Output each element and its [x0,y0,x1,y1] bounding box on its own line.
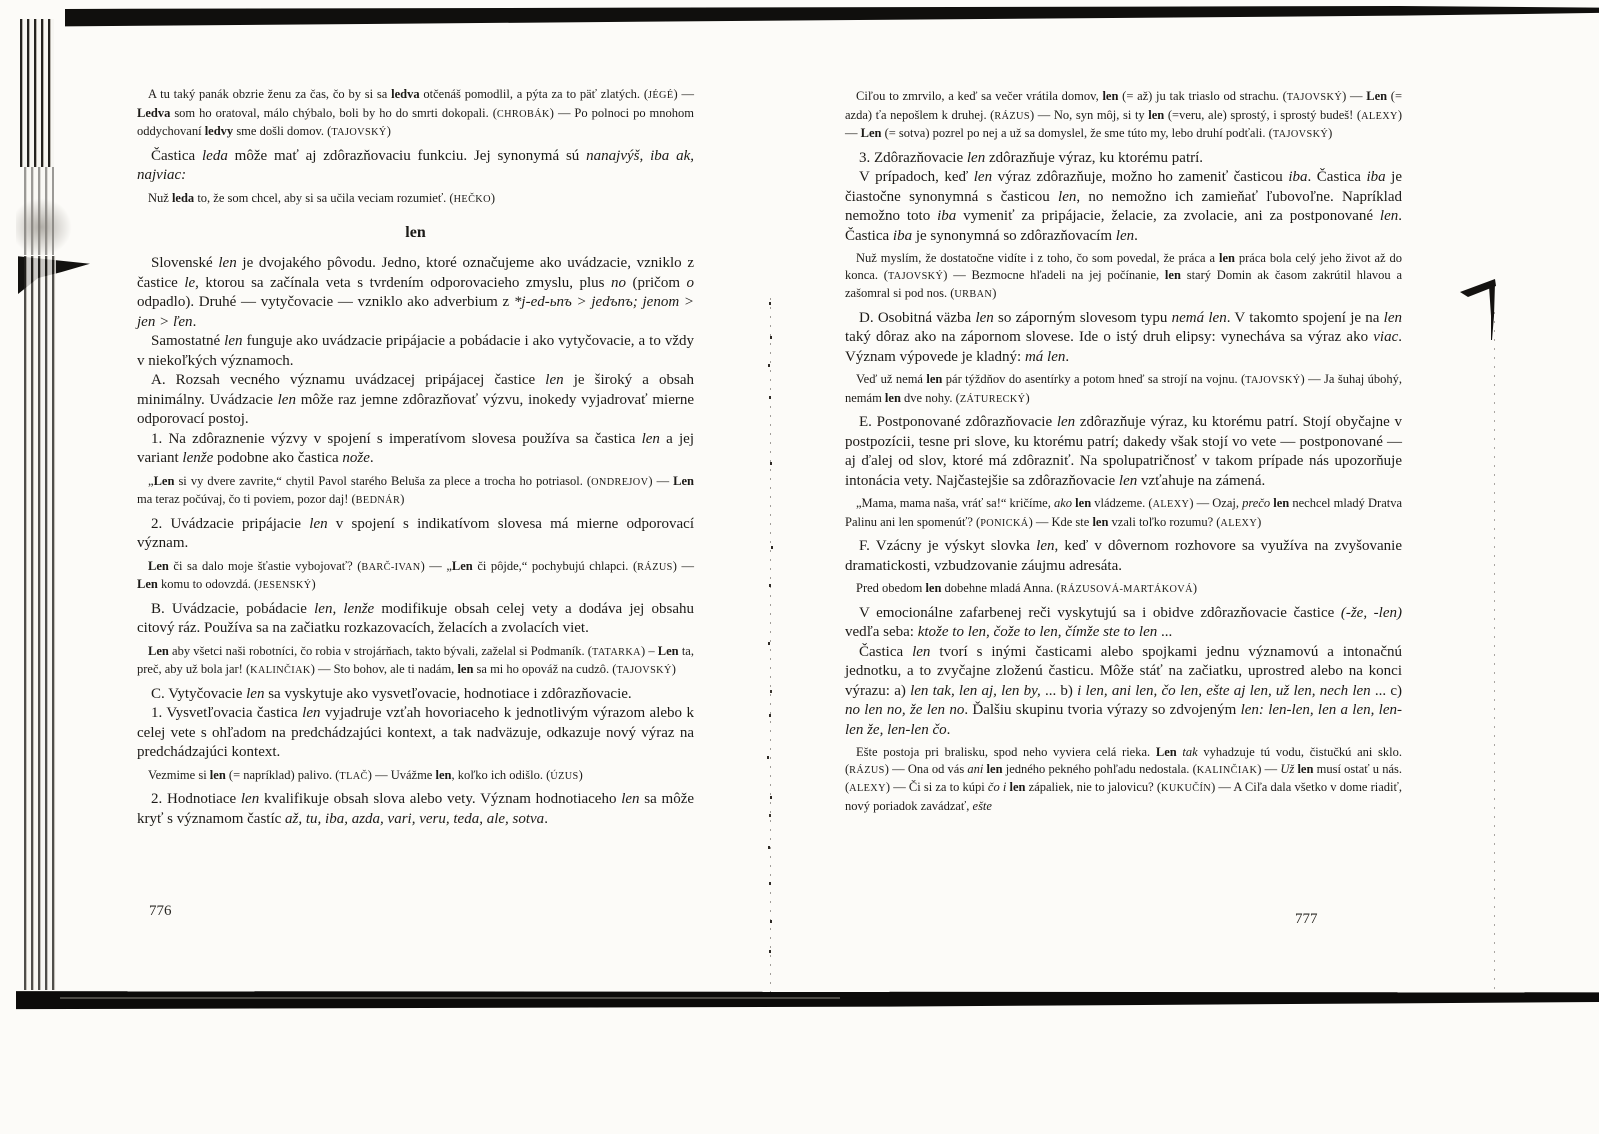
text-paragraph: C. Vytyčovacie len sa vyskytuje ako vysv… [137,685,694,705]
text-example: „Len si vy dvere zavrite,“ chytil Pavol … [137,473,694,510]
text-example: Pred obedom len dobehne mladá Anna. (RÁZ… [845,580,1402,599]
book-edge-smudge [16,198,72,256]
text-paragraph: V emocionálne zafarbenej reči vyskytujú … [845,604,1402,643]
text-paragraph: Slovenské len je dvojakého pôvodu. Jedno… [137,254,694,332]
text-paragraph: 1. Na zdôraznenie výzvy v spojení s impe… [137,430,694,469]
entry-headword: len [137,223,694,243]
scan-bottom-scratch [60,997,840,999]
text-paragraph: 2. Hodnotiace len kvalifikuje obsah slov… [137,790,694,829]
right-margin-crease [1494,312,1495,990]
scan-top-band [65,6,1599,27]
text-paragraph: 1. Vysvetľovacia častica len vyjadruje v… [137,704,694,763]
text-paragraph: B. Uvádzacie, pobádacie len, lenže modif… [137,600,694,639]
book-scan: { "colors": { "ink": "#151310", "paper":… [0,0,1599,1134]
text-example: Nuž myslím, že dostatočne vidíte i z toh… [845,250,1402,304]
right-page-number: 777 [1295,911,1318,928]
text-example: Ciľou to zmrvilo, a keď sa večer vrátila… [845,88,1402,144]
scan-bottom-band [16,989,1599,1010]
text-example: Veď už nemá len pár týždňov do asentírky… [845,371,1402,408]
text-paragraph: Samostatné len funguje ako uvádzacie pri… [137,332,694,371]
left-page: A tu taký panák obzrie ženu za čas, čo b… [137,82,694,829]
text-example: Vezmime si len (= napríklad) palivo. (TL… [137,767,694,786]
book-page-edges-top [20,19,54,167]
text-example: „Mama, mama naša, vráť sa!“ kričíme, ako… [845,495,1402,532]
pen-mark [1460,276,1500,346]
right-page: Ciľou to zmrvilo, a keď sa večer vrátila… [845,84,1402,819]
text-paragraph: E. Postponované zdôrazňovacie len zdôraz… [845,413,1402,491]
text-paragraph: Častica leda môže mať aj zdôrazňovaciu f… [137,147,694,186]
text-example: Len aby všetci naši robotníci, čo robia … [137,643,694,680]
text-paragraph: F. Vzácny je výskyt slovka len, keď v dô… [845,537,1402,576]
text-example: Len či sa dalo moje šťastie vybojovať? (… [137,558,694,595]
text-example: A tu taký panák obzrie ženu za čas, čo b… [137,86,694,142]
text-paragraph: 2. Uvádzacie pripájacie len v spojení s … [137,515,694,554]
left-page-number: 776 [149,903,172,920]
gutter-specks [769,302,771,305]
text-example: Nuž leda to, že som chcel, aby si sa uči… [137,190,694,209]
text-paragraph: A. Rozsah vecného významu uvádzacej prip… [137,371,694,430]
text-paragraph: V prípadoch, keď len výraz zdôrazňuje, m… [845,168,1402,246]
text-paragraph: 3. Zdôrazňovacie len zdôrazňuje výraz, k… [845,149,1402,169]
text-paragraph: Častica len tvorí s inými časticami aleb… [845,643,1402,741]
text-example: Ešte postoja pri bralisku, spod neho vyv… [845,744,1402,814]
text-paragraph: D. Osobitná väzba len so záporným sloves… [845,309,1402,368]
book-page-edges [24,256,56,990]
gutter-crease [770,298,771,992]
